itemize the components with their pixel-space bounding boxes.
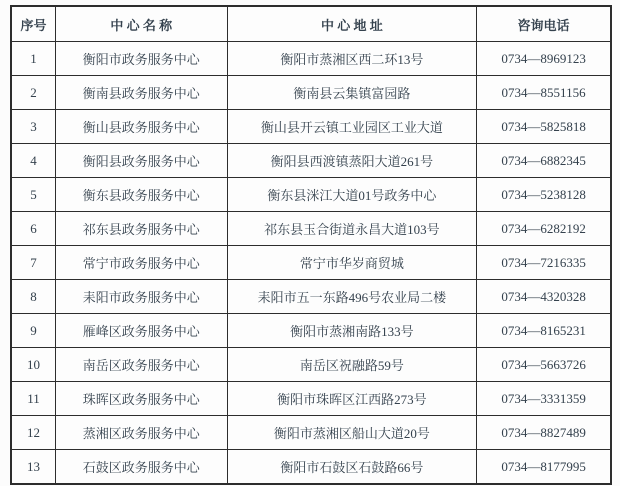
cell-address: 常宁市华岁商贸城 <box>227 246 476 280</box>
cell-name: 石鼓区政务服务中心 <box>55 450 227 485</box>
cell-phone: 0734—5825818 <box>477 110 611 144</box>
header-cell-name: 中 心 名 称 <box>55 6 227 42</box>
table-row: 1衡阳市政务服务中心衡阳市蒸湘区西二环13号0734—8969123 <box>11 42 611 76</box>
cell-address: 衡阳市珠晖区江西路273号 <box>227 382 476 416</box>
cell-index: 6 <box>11 212 55 246</box>
header-cell-address: 中 心 地 址 <box>227 6 476 42</box>
cell-address: 耒阳市五一东路496号农业局二楼 <box>227 280 476 314</box>
cell-name: 祁东县政务服务中心 <box>55 212 227 246</box>
cell-address: 衡阳市蒸湘区西二环13号 <box>227 42 476 76</box>
cell-phone: 0734—8969123 <box>477 42 611 76</box>
cell-index: 10 <box>11 348 55 382</box>
cell-index: 13 <box>11 450 55 485</box>
cell-name: 常宁市政务服务中心 <box>55 246 227 280</box>
cell-phone: 0734—4320328 <box>477 280 611 314</box>
cell-name: 衡山县政务服务中心 <box>55 110 227 144</box>
cell-address: 衡阳市蒸湘南路133号 <box>227 314 476 348</box>
cell-address: 衡阳市石鼓区石鼓路66号 <box>227 450 476 485</box>
header-row: 序号 中 心 名 称 中 心 地 址 咨询电话 <box>11 6 611 42</box>
cell-name: 南岳区政务服务中心 <box>55 348 227 382</box>
header-cell-phone: 咨询电话 <box>477 6 611 42</box>
table-row: 9雁峰区政务服务中心衡阳市蒸湘南路133号0734—8165231 <box>11 314 611 348</box>
table-row: 12蒸湘区政务服务中心衡阳市蒸湘区船山大道20号0734—8827489 <box>11 416 611 450</box>
cell-phone: 0734—5238128 <box>477 178 611 212</box>
table-row: 5衡东县政务服务中心衡东县洣江大道01号政务中心0734—5238128 <box>11 178 611 212</box>
cell-index: 4 <box>11 144 55 178</box>
cell-index: 7 <box>11 246 55 280</box>
table-row: 13石鼓区政务服务中心衡阳市石鼓区石鼓路66号0734—8177995 <box>11 450 611 485</box>
cell-phone: 0734—5663726 <box>477 348 611 382</box>
cell-address: 衡东县洣江大道01号政务中心 <box>227 178 476 212</box>
cell-index: 2 <box>11 76 55 110</box>
cell-index: 3 <box>11 110 55 144</box>
table-header: 序号 中 心 名 称 中 心 地 址 咨询电话 <box>11 6 611 42</box>
cell-phone: 0734—8177995 <box>477 450 611 485</box>
cell-address: 祁东县玉合街道永昌大道103号 <box>227 212 476 246</box>
cell-name: 衡阳县政务服务中心 <box>55 144 227 178</box>
cell-phone: 0734—3331359 <box>477 382 611 416</box>
cell-phone: 0734—8551156 <box>477 76 611 110</box>
table-row: 6祁东县政务服务中心祁东县玉合街道永昌大道103号0734—6282192 <box>11 212 611 246</box>
cell-name: 蒸湘区政务服务中心 <box>55 416 227 450</box>
table-row: 3衡山县政务服务中心衡山县开云镇工业园区工业大道0734—5825818 <box>11 110 611 144</box>
cell-index: 5 <box>11 178 55 212</box>
cell-name: 耒阳市政务服务中心 <box>55 280 227 314</box>
cell-name: 雁峰区政务服务中心 <box>55 314 227 348</box>
cell-address: 衡阳市蒸湘区船山大道20号 <box>227 416 476 450</box>
table-row: 7常宁市政务服务中心常宁市华岁商贸城0734—7216335 <box>11 246 611 280</box>
cell-index: 12 <box>11 416 55 450</box>
table-row: 8耒阳市政务服务中心耒阳市五一东路496号农业局二楼0734—4320328 <box>11 280 611 314</box>
cell-phone: 0734—6882345 <box>477 144 611 178</box>
document-page: 序号 中 心 名 称 中 心 地 址 咨询电话 1衡阳市政务服务中心衡阳市蒸湘区… <box>0 0 620 486</box>
cell-name: 衡阳市政务服务中心 <box>55 42 227 76</box>
table-body: 1衡阳市政务服务中心衡阳市蒸湘区西二环13号0734—89691232衡南县政务… <box>11 42 611 485</box>
cell-name: 衡东县政务服务中心 <box>55 178 227 212</box>
cell-address: 南岳区祝融路59号 <box>227 348 476 382</box>
cell-phone: 0734—6282192 <box>477 212 611 246</box>
header-cell-index: 序号 <box>11 6 55 42</box>
table-row: 4衡阳县政务服务中心衡阳县西渡镇蒸阳大道261号0734—6882345 <box>11 144 611 178</box>
cell-index: 1 <box>11 42 55 76</box>
cell-name: 珠晖区政务服务中心 <box>55 382 227 416</box>
cell-phone: 0734—8827489 <box>477 416 611 450</box>
cell-index: 9 <box>11 314 55 348</box>
table-row: 11珠晖区政务服务中心衡阳市珠晖区江西路273号0734—3331359 <box>11 382 611 416</box>
cell-name: 衡南县政务服务中心 <box>55 76 227 110</box>
table-row: 10南岳区政务服务中心南岳区祝融路59号0734—5663726 <box>11 348 611 382</box>
cell-index: 8 <box>11 280 55 314</box>
cell-address: 衡南县云集镇富园路 <box>227 76 476 110</box>
table-row: 2衡南县政务服务中心衡南县云集镇富园路0734—8551156 <box>11 76 611 110</box>
cell-address: 衡山县开云镇工业园区工业大道 <box>227 110 476 144</box>
cell-index: 11 <box>11 382 55 416</box>
service-centers-table: 序号 中 心 名 称 中 心 地 址 咨询电话 1衡阳市政务服务中心衡阳市蒸湘区… <box>10 5 612 485</box>
cell-phone: 0734—8165231 <box>477 314 611 348</box>
cell-phone: 0734—7216335 <box>477 246 611 280</box>
cell-address: 衡阳县西渡镇蒸阳大道261号 <box>227 144 476 178</box>
